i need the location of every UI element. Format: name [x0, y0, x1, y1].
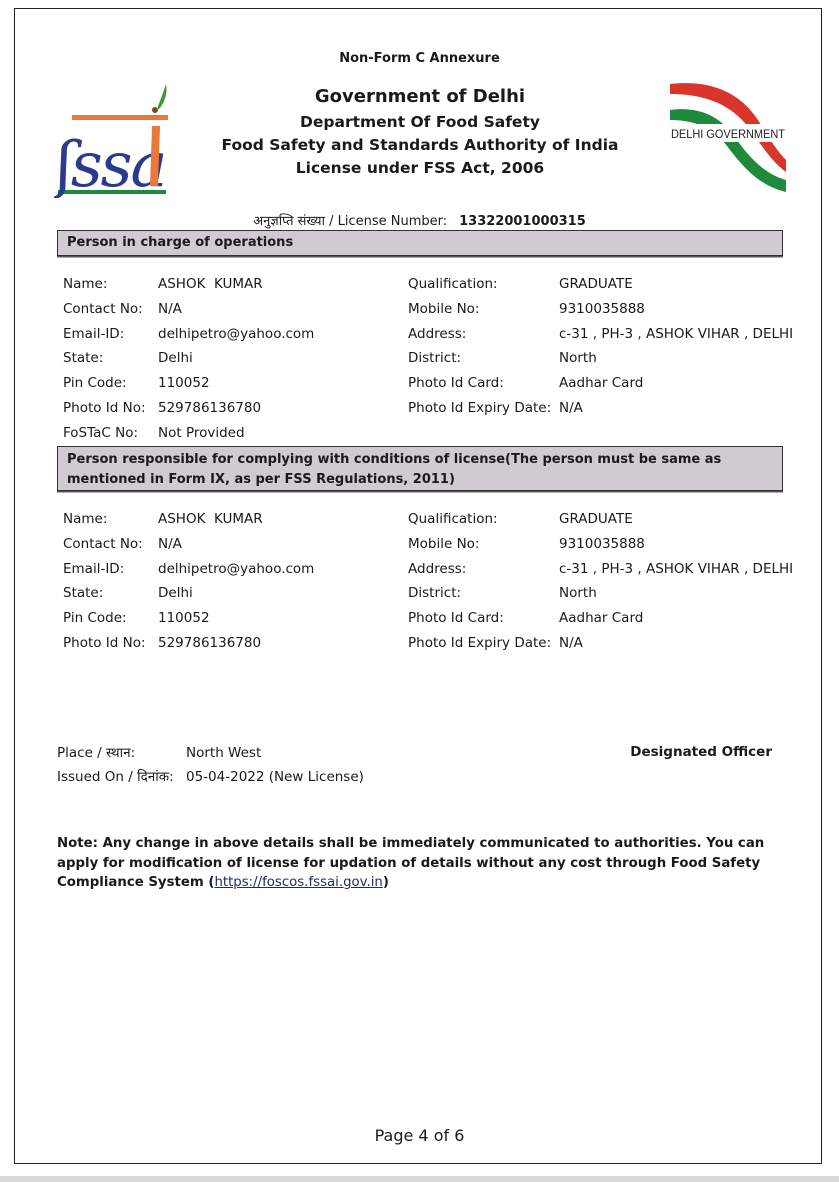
- field-label: Name:: [63, 510, 107, 528]
- issued-on-value: 05-04-2022 (New License): [186, 768, 364, 786]
- issued-on-label: Issued On / दिनांक:: [57, 768, 174, 786]
- field-value: N/A: [158, 300, 182, 318]
- field-label: State:: [63, 584, 103, 602]
- field-label: Pin Code:: [63, 374, 127, 392]
- svg-text:DELHI GOVERNMENT: DELHI GOVERNMENT: [671, 127, 786, 141]
- license-number-line: अनुज्ञप्ति संख्या / License Number:13322…: [0, 211, 839, 229]
- field-value: Not Provided: [158, 424, 245, 442]
- field-label: Photo Id Expiry Date:: [408, 634, 551, 652]
- place-label: Place / स्थान:: [57, 744, 135, 762]
- field-label: Address:: [408, 560, 466, 578]
- note-text: Note: Any change in above details shall …: [57, 836, 764, 890]
- field-value: 9310035888: [559, 300, 645, 318]
- field-value: 110052: [158, 609, 210, 627]
- field-label: Photo Id No:: [63, 634, 146, 652]
- field-label: Name:: [63, 275, 107, 293]
- foscos-link[interactable]: https://foscos.fssai.gov.in: [214, 875, 382, 890]
- field-label: District:: [408, 584, 461, 602]
- field-label: Email-ID:: [63, 325, 124, 343]
- designated-officer: Designated Officer: [600, 744, 772, 760]
- note: Note: Any change in above details shall …: [57, 834, 779, 893]
- field-label: Photo Id Expiry Date:: [408, 399, 551, 417]
- field-value: North: [559, 584, 597, 602]
- place-value: North West: [186, 744, 261, 762]
- header-act: License under FSS Act, 2006: [200, 159, 640, 177]
- svg-text:ʃssa: ʃssa: [54, 128, 165, 198]
- page-number: Page 4 of 6: [0, 1126, 839, 1145]
- note-close: ): [383, 875, 389, 890]
- field-value: 110052: [158, 374, 210, 392]
- field-label: FoSTaC No:: [63, 424, 138, 442]
- field-label: Photo Id Card:: [408, 609, 504, 627]
- section-header-compliance: Person responsible for complying with co…: [57, 446, 783, 491]
- field-value: GRADUATE: [559, 275, 633, 293]
- license-number-label: अनुज्ञप्ति संख्या / License Number:: [253, 214, 447, 229]
- field-label: Contact No:: [63, 535, 143, 553]
- field-label: District:: [408, 349, 461, 367]
- field-label: Mobile No:: [408, 535, 479, 553]
- field-label: Email-ID:: [63, 560, 124, 578]
- field-label: Address:: [408, 325, 466, 343]
- field-value: GRADUATE: [559, 510, 633, 528]
- field-value: ASHOK KUMAR: [158, 510, 263, 528]
- field-value: c-31 , PH-3 , ASHOK VIHAR , DELHI: [559, 325, 793, 343]
- field-value: 529786136780: [158, 399, 261, 417]
- section-header-operations: Person in charge of operations: [57, 230, 783, 256]
- field-value: c-31 , PH-3 , ASHOK VIHAR , DELHI: [559, 560, 793, 578]
- field-value: Delhi: [158, 349, 193, 367]
- field-label: State:: [63, 349, 103, 367]
- field-value: 529786136780: [158, 634, 261, 652]
- field-value: ASHOK KUMAR: [158, 275, 263, 293]
- field-label: Pin Code:: [63, 609, 127, 627]
- header-department: Department Of Food Safety: [200, 113, 640, 131]
- field-value: N/A: [559, 634, 583, 652]
- field-label: Mobile No:: [408, 300, 479, 318]
- field-value: North: [559, 349, 597, 367]
- annexure-title: Non-Form C Annexure: [0, 51, 839, 66]
- fssai-logo-icon: ʃssa: [54, 82, 174, 198]
- field-value: delhipetro@yahoo.com: [158, 560, 314, 578]
- header-authority: Food Safety and Standards Authority of I…: [200, 136, 640, 154]
- page-separator: [0, 1176, 839, 1182]
- field-value: N/A: [158, 535, 182, 553]
- field-label: Photo Id Card:: [408, 374, 504, 392]
- field-value: Aadhar Card: [559, 609, 643, 627]
- delhi-government-logo-icon: DELHI GOVERNMENT: [668, 80, 788, 196]
- field-label: Qualification:: [408, 510, 498, 528]
- field-value: Delhi: [158, 584, 193, 602]
- field-label: Contact No:: [63, 300, 143, 318]
- field-value: Aadhar Card: [559, 374, 643, 392]
- header-government: Government of Delhi: [200, 86, 640, 107]
- field-label: Qualification:: [408, 275, 498, 293]
- license-number: 13322001000315: [459, 214, 586, 229]
- field-value: delhipetro@yahoo.com: [158, 325, 314, 343]
- field-value: 9310035888: [559, 535, 645, 553]
- field-value: N/A: [559, 399, 583, 417]
- field-label: Photo Id No:: [63, 399, 146, 417]
